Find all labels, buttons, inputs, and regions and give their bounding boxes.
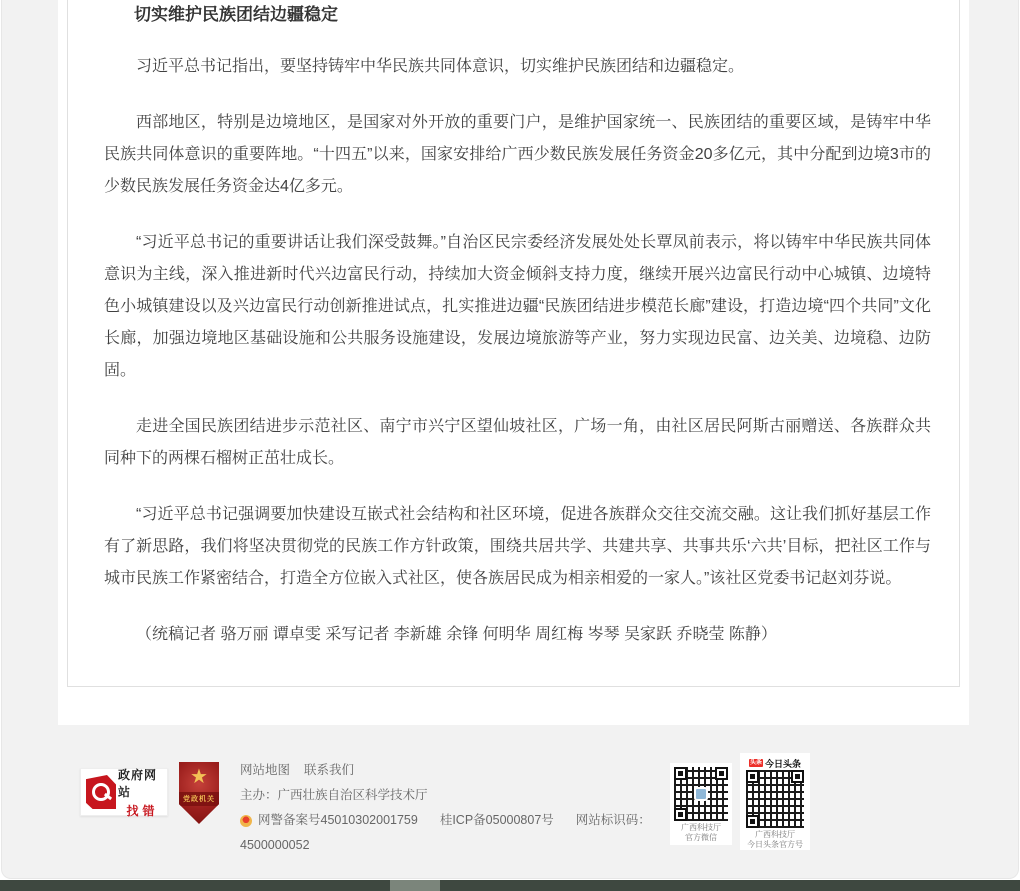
site-code-label: 网站标识码： (576, 808, 651, 833)
toutiao-qr-code-image (746, 770, 804, 828)
toutiao-qr-caption: 广西科技厅 今日头条官方号 (744, 830, 806, 850)
site-footer: 政府网站 找错 ★ 党政机关 网站地图 联系我们 主办：广西壮族自治区科学技术厅… (2, 725, 1018, 878)
toutiao-header: 头条 今日头条 (744, 757, 806, 769)
police-record-number: 网警备案号45010302001759 (258, 808, 418, 833)
toutiao-logo-icon: 头条 (749, 759, 763, 767)
wechat-qr-card: 广西科技厅 官方微信 (670, 763, 732, 845)
icp-record-number: 桂ICP备05000807号 (440, 808, 554, 833)
qr-finder-icon (674, 767, 687, 780)
qr-finder-icon (715, 767, 728, 780)
article-content: 切实维护民族团结边疆稳定 习近平总书记指出，要坚持铸牢中华民族共同体意识，切实维… (68, 0, 959, 651)
article-credits: （统稿记者 骆万丽 谭卓雯 采写记者 李新雄 余锋 何明华 周红梅 岑琴 吴家跃… (104, 619, 931, 651)
party-gov-shield-badge[interactable]: ★ 党政机关 (179, 762, 219, 824)
sitemap-link[interactable]: 网站地图 (240, 758, 290, 783)
article-title: 切实维护民族团结边疆稳定 (104, 3, 931, 27)
article-paragraph: 西部地区，特别是边境地区，是国家对外开放的重要门户，是维护国家统一、民族团结的重… (104, 107, 931, 203)
article-paragraph: “习近平总书记的重要讲话让我们深受鼓舞。”自治区民宗委经济发展处处长覃凤前表示，… (104, 227, 931, 387)
article-paragraph: 走进全国民族团结进步示范社区、南宁市兴宁区望仙坡社区，广场一角，由社区居民阿斯古… (104, 411, 931, 475)
article-paragraph: 习近平总书记指出，要坚持铸牢中华民族共同体意识，切实维护民族团结和边疆稳定。 (104, 51, 931, 83)
shield-star-icon: ★ (190, 762, 208, 792)
footer-links-row: 网站地图 联系我们 (240, 758, 651, 783)
qr-finder-icon (746, 815, 759, 828)
article-card: 切实维护民族团结边疆稳定 习近平总书记指出，要坚持铸牢中华民族共同体意识，切实维… (58, 0, 969, 725)
error-badge-title: 政府网站 (118, 766, 167, 800)
error-badge-action: 找错 (126, 802, 158, 819)
qr-finder-icon (674, 808, 687, 821)
police-badge-icon (240, 815, 252, 827)
horizontal-scrollbar-track[interactable] (0, 880, 1020, 891)
qr-finder-icon (791, 770, 804, 783)
article-border-box: 切实维护民族团结边疆稳定 习近平总书记指出，要坚持铸牢中华民族共同体意识，切实维… (67, 0, 960, 687)
wechat-qr-caption: 广西科技厅 官方微信 (674, 823, 728, 843)
footer-text-block: 网站地图 联系我们 主办：广西壮族自治区科学技术厅 网警备案号450103020… (240, 758, 651, 858)
toutiao-title: 今日头条 (765, 757, 801, 770)
wechat-logo-icon (694, 787, 708, 801)
page-background: 切实维护民族团结边疆稳定 习近平总书记指出，要坚持铸牢中华民族共同体意识，切实维… (1, 0, 1019, 879)
footer-records-row: 网警备案号45010302001759 桂ICP备05000807号 网站标识码… (240, 808, 651, 833)
gov-site-error-report-badge[interactable]: 政府网站 找错 (80, 768, 168, 816)
wechat-qr-code-image (674, 767, 728, 821)
contact-us-link[interactable]: 联系我们 (304, 758, 354, 783)
site-code-value: 4500000052 (240, 833, 651, 858)
toutiao-qr-card: 头条 今日头条 广西科技厅 今日头条官方号 (740, 753, 810, 850)
shield-badge-label: 党政机关 (179, 792, 219, 806)
horizontal-scrollbar-thumb[interactable] (390, 880, 440, 891)
qr-finder-icon (746, 770, 759, 783)
error-report-magnifier-icon (86, 775, 116, 809)
article-paragraph: “习近平总书记强调要加快建设互嵌式社会结构和社区环境，促进各族群众交往交流交融。… (104, 499, 931, 595)
footer-organizer: 主办：广西壮族自治区科学技术厅 (240, 783, 651, 808)
